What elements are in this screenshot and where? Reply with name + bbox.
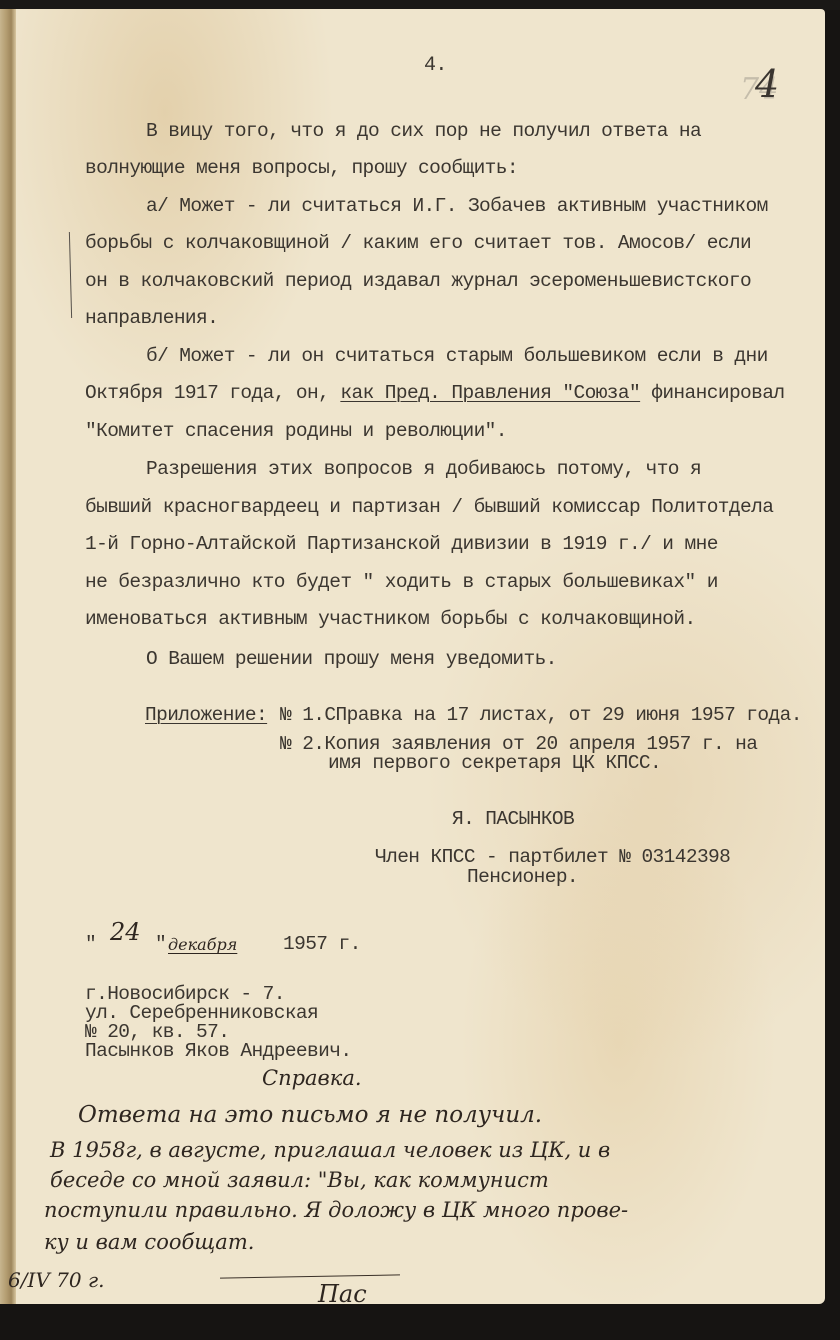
date-year: 1957 г. bbox=[283, 933, 361, 955]
question-a-line4: направления. bbox=[85, 307, 218, 329]
reason-line5: именоваться активным участником борьбы с… bbox=[85, 608, 696, 630]
handwritten-note-line5: ку и вам сообщат. bbox=[44, 1230, 254, 1254]
question-b-line1: б/ Может - ли он считаться старым больше… bbox=[146, 345, 768, 367]
page-binding-edge bbox=[0, 9, 16, 1304]
question-a-line3: он в колчаковский период издавал журнал … bbox=[85, 270, 751, 292]
attachments-label: Приложение: bbox=[145, 704, 267, 726]
address-person: Пасынков Яков Андреевич. bbox=[85, 1040, 351, 1062]
question-b-line2-start: Октября 1917 года, он, bbox=[85, 382, 340, 404]
handwritten-note-line4: поступили правильно. Я доложу в ЦК много… bbox=[44, 1198, 628, 1222]
date-close-quote: " bbox=[155, 933, 166, 955]
signer-name: Я. ПАСЫНКОВ bbox=[452, 808, 574, 830]
reason-line3: 1-й Горно-Алтайской Партизанской дивизии… bbox=[85, 533, 718, 555]
paragraph-intro-line2: волнующие меня вопросы, прошу сообщить: bbox=[85, 157, 518, 179]
handwritten-signature: Пас bbox=[318, 1280, 367, 1308]
question-a-line2: борьбы с колчаковщиной / каким его счита… bbox=[85, 232, 751, 254]
handwritten-note-title: Справка. bbox=[262, 1066, 362, 1090]
reason-line4: не безразлично кто будет " ходить в стар… bbox=[85, 571, 718, 593]
pensioner-status: Пенсионер. bbox=[467, 866, 578, 888]
party-membership: Член КПСС - партбилет № 03142398 bbox=[375, 846, 730, 868]
question-b-line2: Октября 1917 года, он, как Пред. Правлен… bbox=[85, 382, 784, 404]
date-day-handwritten: 24 bbox=[110, 918, 141, 946]
reason-line2: бывший красногвардеец и партизан / бывши… bbox=[85, 496, 773, 518]
question-b-line3: "Комитет спасения родины и революции". bbox=[85, 420, 507, 442]
attachment-item-2-line2: имя первого секретаря ЦК КПСС. bbox=[328, 752, 661, 774]
date-month-handwritten: декабря bbox=[168, 935, 237, 954]
handwritten-page-number: 4 bbox=[755, 62, 779, 106]
underlined-phrase: как Пред. Правления "Союза" bbox=[340, 382, 640, 404]
handwritten-note-line3: беседе со мной заявил: "Вы, как коммунис… bbox=[50, 1168, 549, 1192]
question-a-line1: а/ Может - ли считаться И.Г. Зобачев акт… bbox=[146, 195, 768, 217]
page-marker: 4. bbox=[424, 54, 447, 77]
handwritten-margin-date: 6/IV 70 г. bbox=[8, 1268, 104, 1292]
reason-line1: Разрешения этих вопросов я добиваюсь пот… bbox=[146, 458, 701, 480]
request-line: О Вашем решении прошу меня уведомить. bbox=[146, 648, 557, 670]
attachment-item-1: № 1.СПравка на 17 листах, от 29 июня 195… bbox=[280, 704, 802, 726]
date-open-quote: " bbox=[85, 933, 96, 955]
handwritten-note-line2: В 1958г, в августе, приглашал человек из… bbox=[50, 1138, 610, 1162]
question-b-line2-end: финансировал bbox=[640, 382, 784, 404]
handwritten-note-line1: Ответа на это письмо я не получил. bbox=[78, 1102, 542, 1128]
paragraph-intro-line1: В вицу того, что я до сих пор не получил… bbox=[146, 120, 701, 142]
